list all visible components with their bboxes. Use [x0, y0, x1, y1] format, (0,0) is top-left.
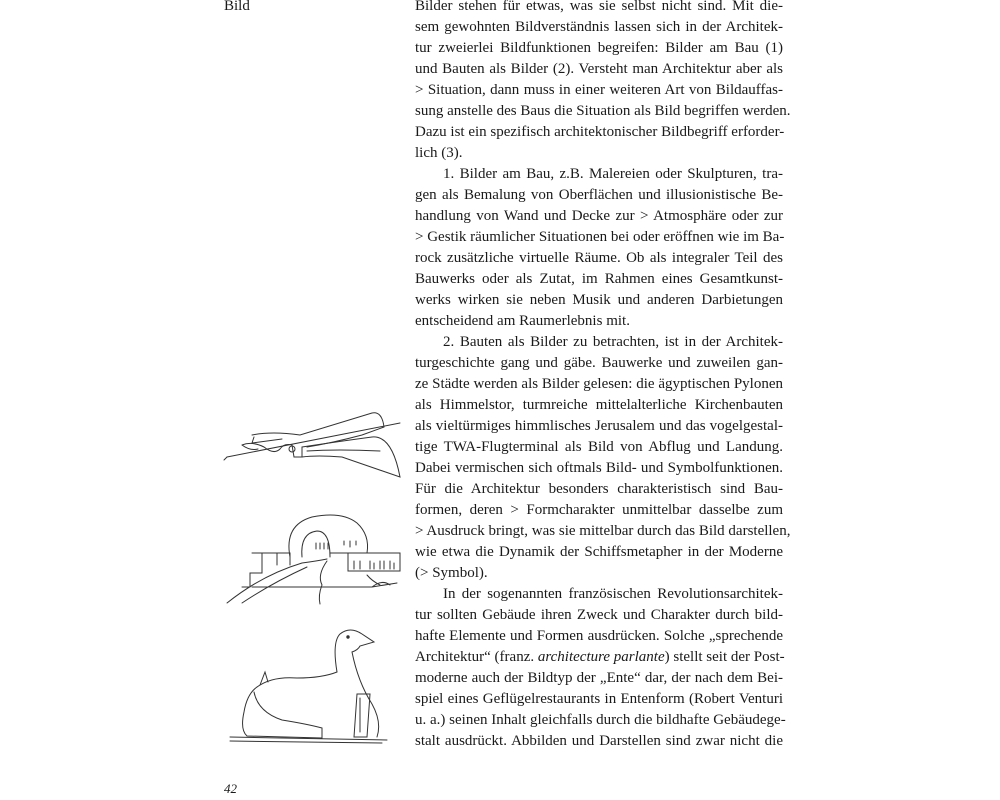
text-line: und Bauten als Bilder (2). Versteht man …	[415, 59, 783, 80]
text-line: spiel eines Geflügelrestaurants in Enten…	[415, 689, 783, 710]
text-line: formen, deren > Formcharakter unmittelba…	[415, 500, 783, 521]
text-line: werks wirken sie neben Musik und anderen…	[415, 290, 783, 311]
text-line: Bilder stehen für etwas, was sie selbst …	[415, 0, 783, 17]
italic-term: architecture parlante	[538, 649, 665, 665]
text-line: handlung von Wand und Decke zur > Atmosp…	[415, 206, 783, 227]
text-line: entscheidend am Raumerlebnis mit.	[415, 311, 783, 332]
paragraph-start-line: In der sogenannten französischen Revolut…	[415, 584, 783, 605]
text-line: > Situation, dann muss in einer weiteren…	[415, 80, 783, 101]
text-line: Dazu ist ein spezifisch architektonische…	[415, 122, 783, 143]
text-line: sem gewohnten Bildverständnis lassen sic…	[415, 17, 783, 38]
text-segment: ) stellt seit der Post-	[665, 649, 785, 665]
text-line: ze Städte werden als Bilder gelesen: die…	[415, 374, 783, 395]
body-text: Bilder stehen für etwas, was sie selbst …	[415, 0, 783, 752]
text-line: (> Symbol).	[415, 563, 783, 584]
text-line: wie etwa die Dynamik der Schiffsmetapher…	[415, 542, 783, 563]
text-line: als Himmelstor, turmreiche mittelalterli…	[415, 395, 783, 416]
text-line: Für die Architektur besonders charakteri…	[415, 479, 783, 500]
text-line: tur sollten Gebäude ihren Zweck und Char…	[415, 605, 783, 626]
paragraph-start-line: 1. Bilder am Bau, z.B. Malereien oder Sk…	[415, 164, 783, 185]
text-line: Bauwerks oder als Zutat, im Rahmen eines…	[415, 269, 783, 290]
text-line: tur zweierlei Bildfunktionen begreifen: …	[415, 38, 783, 59]
page-number: 42	[224, 781, 237, 797]
paragraph-start-line: 2. Bauten als Bilder zu betrachten, ist …	[415, 332, 783, 353]
text-segment: Architektur“ (franz.	[415, 649, 538, 665]
text-line: tige TWA-Flugterminal als Bild von Abflu…	[415, 437, 783, 458]
text-line: turgeschichte gang und gäbe. Bauwerke un…	[415, 353, 783, 374]
text-line: u. a.) seinen Inhalt gleichfalls durch d…	[415, 710, 783, 731]
text-line: als vieltürmiges himmlisches Jerusalem u…	[415, 416, 783, 437]
text-line: rock zusätzliche virtuelle Räume. Ob als…	[415, 248, 783, 269]
text-line: > Ausdruck bringt, was sie mittelbar dur…	[415, 521, 783, 542]
text-line: hafte Elemente und Formen ausdrücken. So…	[415, 626, 783, 647]
text-line: gen als Bemalung von Oberflächen und ill…	[415, 185, 783, 206]
text-line: > Gestik räumlicher Situationen bei oder…	[415, 227, 783, 248]
twa-flight-terminal-sketch	[222, 405, 402, 490]
text-line-with-italic: Architektur“ (franz. architecture parlan…	[415, 647, 783, 668]
headword: Bild	[224, 0, 250, 17]
tunnel-building-sketch	[222, 505, 407, 605]
text-line: lich (3).	[415, 143, 783, 164]
text-line: sung anstelle des Baus die Situation als…	[415, 101, 783, 122]
text-line: moderne auch der Bildtyp der „Ente“ dar,…	[415, 668, 783, 689]
text-line: stalt ausdrückt. Abbilden und Darstellen…	[415, 731, 783, 752]
duck-building-sketch	[222, 612, 407, 747]
text-line: Dabei vermischen sich oftmals Bild- und …	[415, 458, 783, 479]
